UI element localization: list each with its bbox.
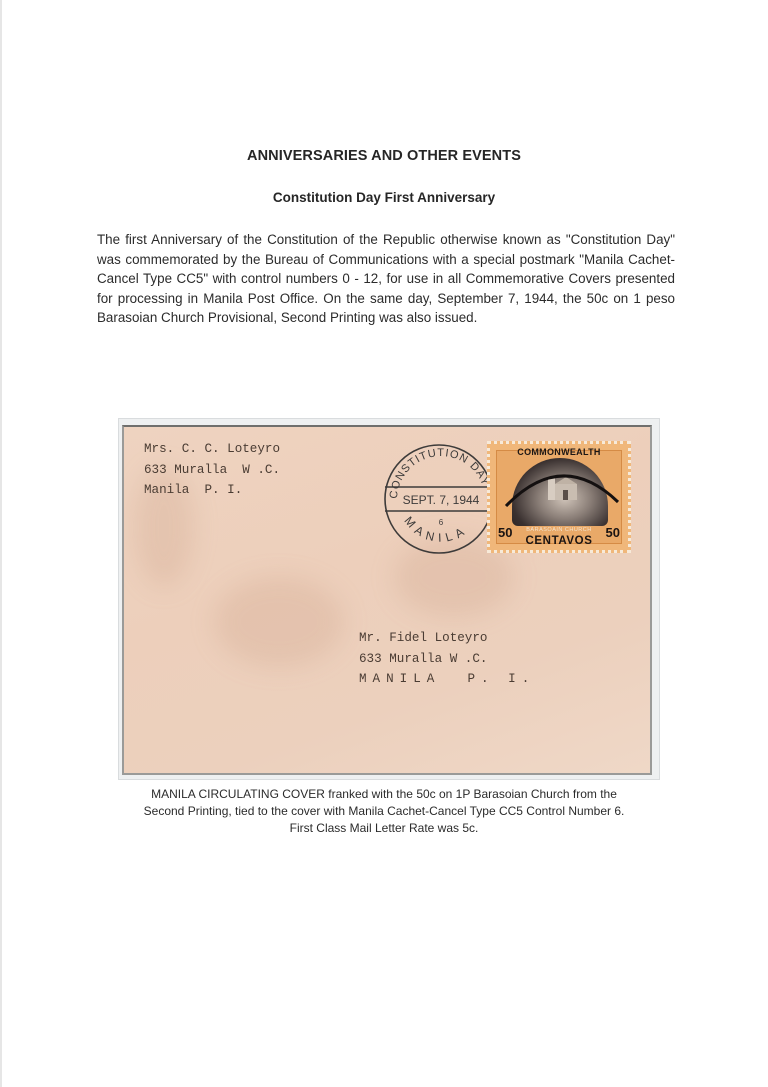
page-subtitle: Constitution Day First Anniversary bbox=[0, 190, 768, 205]
sender-line: Manila P. I. bbox=[144, 480, 280, 501]
envelope-cover: Mrs. C. C. Loteyro 633 Muralla W .C. Man… bbox=[122, 425, 652, 775]
postmark-cancel: CONSTITUTION DAY SEPT. 7, 1944 6 MANILA bbox=[379, 437, 499, 557]
caption-line: First Class Mail Letter Rate was 5c. bbox=[100, 820, 668, 837]
stamp-overprint-top: COMMONWEALTH bbox=[490, 447, 628, 457]
sender-line: 633 Muralla W .C. bbox=[144, 460, 280, 481]
intro-paragraph: The first Anniversary of the Constitutio… bbox=[97, 230, 675, 328]
postmark-bottom-text: MANILA bbox=[401, 514, 470, 545]
sender-line: Mrs. C. C. Loteyro bbox=[144, 439, 280, 460]
sender-address: Mrs. C. C. Loteyro 633 Muralla W .C. Man… bbox=[144, 439, 280, 501]
postmark-top-text: CONSTITUTION DAY bbox=[388, 447, 492, 499]
recipient-line: MANILA P. I. bbox=[359, 669, 535, 690]
postage-stamp: COMMONWEALTH BARASOAIN CHURCH 50 50 CENT… bbox=[487, 441, 631, 553]
postmark-control-number: 6 bbox=[439, 518, 444, 527]
caption-line: MANILA CIRCULATING COVER franked with th… bbox=[100, 786, 668, 803]
overprint-arc bbox=[502, 454, 622, 514]
stamp-overprint-bottom: CENTAVOS bbox=[490, 535, 628, 547]
recipient-address: Mr. Fidel Loteyro 633 Muralla W .C. MANI… bbox=[359, 628, 535, 690]
recipient-line: Mr. Fidel Loteyro bbox=[359, 628, 535, 649]
recipient-line: 633 Muralla W .C. bbox=[359, 649, 535, 670]
page-title: ANNIVERSARIES AND OTHER EVENTS bbox=[0, 148, 768, 164]
postmark-date: SEPT. 7, 1944 bbox=[403, 493, 480, 507]
svg-text:CONSTITUTION DAY: CONSTITUTION DAY bbox=[388, 447, 492, 499]
stain bbox=[214, 577, 344, 667]
svg-text:MANILA: MANILA bbox=[401, 514, 470, 545]
cover-caption: MANILA CIRCULATING COVER franked with th… bbox=[100, 786, 668, 837]
caption-line: Second Printing, tied to the cover with … bbox=[100, 803, 668, 820]
